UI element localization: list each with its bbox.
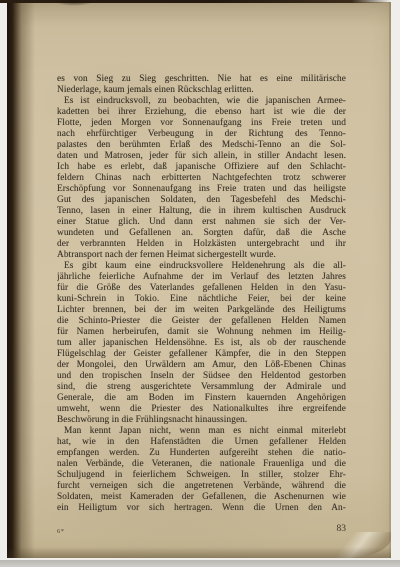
text-line: Soldaten, meist Kameraden der Gefallenen… [57, 492, 346, 503]
text-line: kadetten bei ihrer Erziehung, die ebenso… [57, 107, 346, 118]
text-line: furcht verneigen sich die angetretenen V… [57, 481, 346, 492]
text-line: hat, wie in den Hafenstädten die Urnen g… [57, 437, 346, 448]
text-line: Beschwörung in die Frühlingsnacht hinaus… [57, 415, 346, 426]
text-line: Gut des japanischen Soldaten, den Tagesb… [57, 195, 346, 206]
text-line: Generale, die am Boden im Finstern kauer… [57, 393, 346, 404]
text-line: kuni-Schrein in Tokio. Eine nächtliche F… [57, 294, 346, 305]
text-line: tum aller japanischen Heldensöhne. Es is… [57, 338, 346, 349]
text-line: für die Größe des Vaterlandes gefallenen… [57, 283, 346, 294]
text-line: Flotte, jeden Morgen vor Sonnenaufgang i… [57, 118, 346, 129]
text-line: jährliche feierliche Aufnahme der im Ver… [57, 272, 346, 283]
text-line: der verbrannten Helden in Holzkästen unt… [57, 239, 346, 250]
text-line: Ich habe es erlebt, daß japanische Offiz… [57, 162, 346, 173]
text-line: palastes den berühmten Erlaß des Medschi… [57, 140, 346, 151]
page-number: 83 [246, 524, 346, 534]
scanner-edge-strip [0, 560, 400, 567]
page-right-edge [389, 2, 391, 558]
text-line: nach ehrfürchtiger Verbeugung in der Ric… [57, 129, 346, 140]
text-line: Es gibt kaum eine eindrucksvollere Helde… [57, 261, 346, 272]
text-line: der Mongolei, den Urwäldern am Amur, den… [57, 360, 346, 371]
page-text: es von Sieg zu Sieg geschritten. Nie hat… [57, 74, 346, 514]
text-line: Flügelschlag der Geister gefallener Kämp… [57, 349, 346, 360]
text-line: die Schinto-Priester die Geister der gef… [57, 316, 346, 327]
text-line: ein Heiligtum vor sich hertragen. Wenn d… [57, 503, 346, 514]
spine-shadow [7, 2, 35, 558]
text-line: Abtransport nach der fernen Heimat siche… [57, 250, 346, 261]
text-line: empfangen werden. Zu Hunderten aufgereih… [57, 448, 346, 459]
text-line: umweht, wenn die Priester des Nationalku… [57, 404, 346, 415]
text-line: Schuljugend in feierlichem Schweigen. In… [57, 470, 346, 481]
text-line: für Namen herbeirufen, damit sie Wohnung… [57, 327, 346, 338]
text-line: Tenno, lasen in einer Haltung, die in ih… [57, 206, 346, 217]
text-line: Niederlage, kaum jemals einen Rückschlag… [57, 85, 346, 96]
text-line: Es ist eindrucksvoll, zu beobachten, wie… [57, 96, 346, 107]
text-line: und den tropischen Inseln der Südsee den… [57, 371, 346, 382]
torn-edge-fragment [45, 0, 103, 8]
text-line: feldern Chinas nach erbitterten Nachtgef… [57, 173, 346, 184]
page-corner-curl [313, 532, 391, 558]
text-line: Erschöpfung vor Sonnenaufgang ins Freie … [57, 184, 346, 195]
text-line: wundeten und Gefallenen an. Sorgten dafü… [57, 228, 346, 239]
text-line: daten und Matrosen, jeder für sich allei… [57, 151, 346, 162]
text-line: Man kennt Japan nicht, wenn man es nicht… [57, 426, 346, 437]
text-line: nalen Verbände, die Veteranen, die natio… [57, 459, 346, 470]
signature-mark: 6* [57, 528, 65, 535]
text-line: es von Sieg zu Sieg geschritten. Nie hat… [57, 74, 346, 85]
text-line: Lichter brennen, bei der im weiten Parkg… [57, 305, 346, 316]
text-line: einer Statue glich. Und dann erst nahmen… [57, 217, 346, 228]
text-line: sind, die streng ausgerichtete Versammlu… [57, 382, 346, 393]
